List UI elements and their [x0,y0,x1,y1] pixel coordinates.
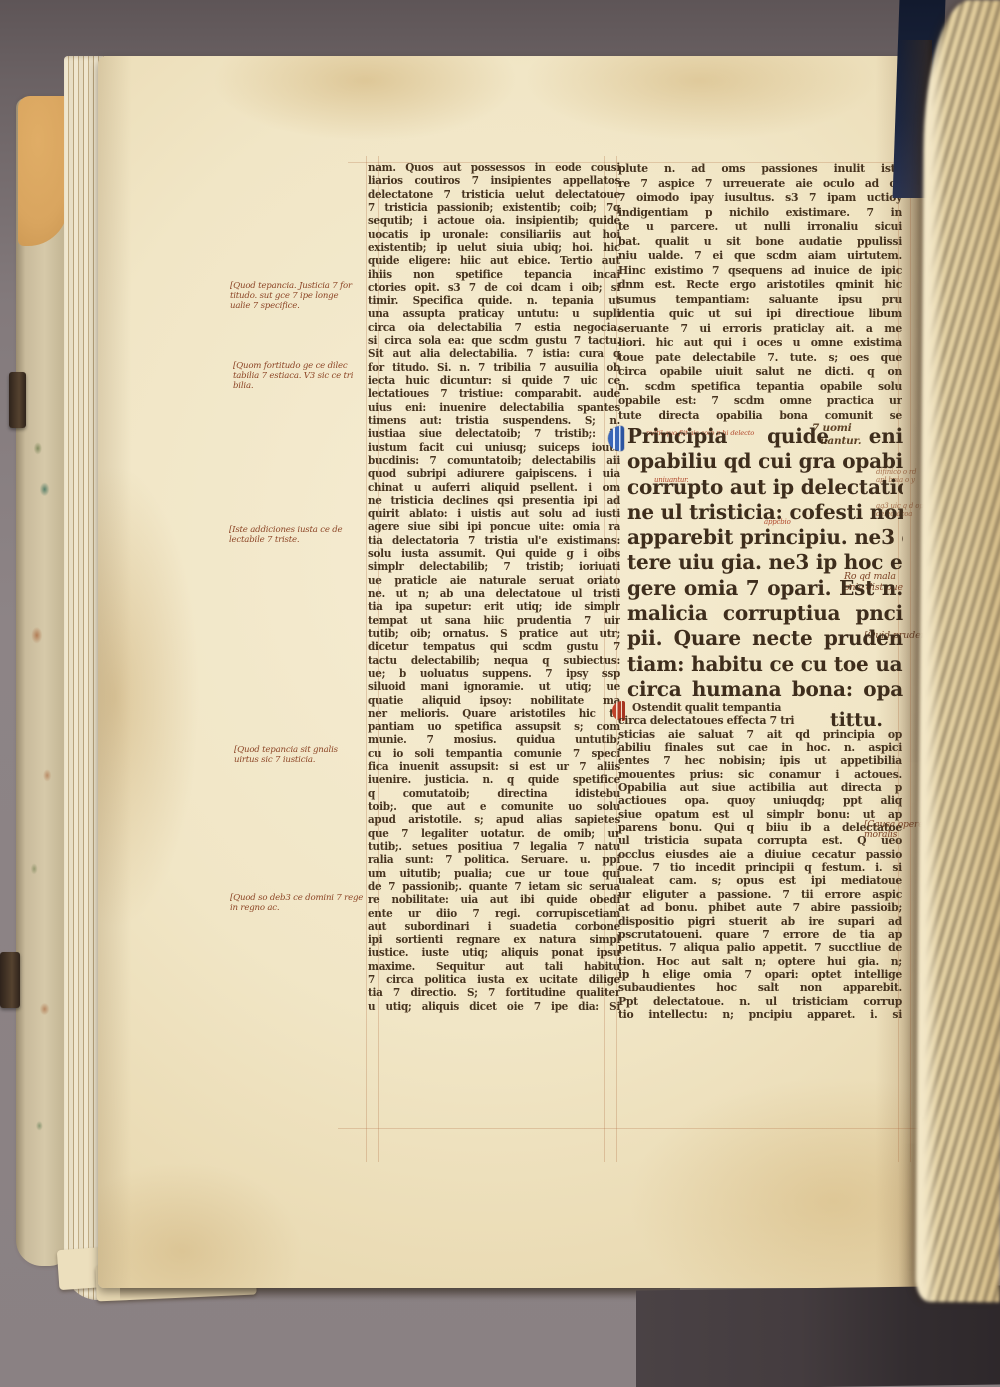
manuscript-text-line: dispositio pigri stuerit ab ire supari a… [618,914,902,928]
manuscript-text-line: uocatis ip uronale: consiliariis aut hoi [368,228,620,242]
manuscript-text-line: ue praticle aie naturale seruat oriato [368,574,620,588]
manuscript-text-line: toib;. que aut e comunite uo solu [368,801,620,815]
manuscript-text-line: iustiaa siue delectatoib; 7 tristib;: iu [368,428,620,442]
manuscript-text-line: tion. Hoc aut salt n; optere hui gia. n; [618,954,902,968]
margin-note: [Quod tepancia. Justicia 7 for titudo. s… [230,282,370,311]
manuscript-text-line: iuenire. justicia. n. q quide spetifice [368,774,620,788]
manuscript-text-line: iustice. iuste utiq; aliquis ponat ipsu [368,947,620,961]
manuscript-text-line: timens aut: tristia suspendens. S; n. [368,415,620,429]
manuscript-text-line: um uitutib; pualia; cue ur toue qui [368,867,620,881]
manuscript-text-line: pantiam uo spetifica assupsit s; com [368,721,620,735]
manuscript-text-line: abiliu finales sut cae in hoc. n. aspici [618,741,902,755]
text-column-right-bottom: Ostendit qualit tempantiacirca delectato… [618,701,902,1021]
manuscript-text-line: tutib;. setues positiua 7 legalia 7 natu [368,841,620,855]
manuscript-text-line: te u parcere. ut nulli irronaliu sicui [618,220,902,235]
manuscript-display-line: malicia corruptiua pnci [627,601,903,627]
ruling-line [338,1128,928,1129]
page-shadow [120,1286,680,1300]
manuscript-text-line: una assupta praticay untutu: u supli [368,308,620,322]
manuscript-text-line: bucdinis: 7 comuntatoib; delectabilis ai… [368,455,620,469]
manuscript-text-line: oue. 7 tio incedit principii q festum. i… [618,861,902,875]
manuscript-text-line: tia delectatoria 7 tristia ul'e existima… [368,535,620,549]
manuscript-text-line: re 7 aspice 7 urreuerate aie oculo ad os [618,176,902,191]
manuscript-text-line: tempat ut sana hiic prudentia 7 uir [368,614,620,628]
manuscript-text-line: sticias aie saluat 7 ait qd principia op [618,727,902,741]
manuscript-text-line: for titudo. Si. n. 7 tribilia 7 ausuilia… [368,361,620,375]
manuscript-text-line: tactu delectabilib; nequa q subiectus: [368,654,620,668]
photo-backdrop: [Quod tepancia. Justicia 7 for titudo. s… [0,0,1000,1387]
manuscript-text-line: liarios coutiros 7 insipientes appellato… [368,175,620,189]
manuscript-text-line: siue opatum est ul simplr bonu: ut ap [618,808,902,822]
manuscript-text-line: tia 7 directio. S; 7 fortitudine qualite… [368,987,620,1001]
manuscript-text-line: sumus tempantiam: saluante ipsu pru [618,292,902,307]
manuscript-text-line: munie. 7 mosius. quidua untutib; [368,734,620,748]
manuscript-text-line: que 7 legaliter uotatur. de omib; ur [368,827,620,841]
margin-note-line: bilia. [233,382,373,392]
manuscript-text-line: uius eni: inuenire delectabilia spantes [368,401,620,415]
manuscript-display-line: opabiliu qd cui gra opabilia [627,449,903,475]
manuscript-text-line: tia ipa supetur: erit utiq; ide simplr [368,601,620,615]
manuscript-text-line: u utiq; aliquis dicet oie 7 ipe dia: Si [368,1000,620,1014]
manuscript-text-line: simplr delectabilib; 7 tristib; ioriuati [368,561,620,575]
manuscript-text-line: dentia quic ut sui ipi directioue libum [618,307,902,322]
manuscript-text-line: q comutatoib; directina idistebu [368,787,620,801]
manuscript-text-line: chinat u auferri aliquid psellent. i om [368,481,620,495]
manuscript-page: [Quod tepancia. Justicia 7 for titudo. s… [98,56,934,1288]
manuscript-text-line: ner melioris. Quare aristotiles hic te [368,708,620,722]
manuscript-display-line: gere omia 7 opari. Est n. [627,575,903,601]
manuscript-text-line: Hinc existimo 7 qsequens ad inuice de ip… [618,263,902,278]
manuscript-text-line: liori. hic aut qui i oces u omne existim… [618,336,902,351]
feature-passage: Principia quide eniopabiliu qd cui gra o… [627,424,903,702]
manuscript-display-line: apparebit principiu. ne3 op [627,525,903,551]
manuscript-text-line: ralia sunt: 7 politica. Seruare. u. ppi [368,854,620,868]
manuscript-display-line: tiam: habitu ce cu toe ua. [627,651,903,677]
manuscript-text-line: sequtib; i actoue oia. insipientib; quid… [368,215,620,229]
manuscript-text-line: entes 7 hec nobisin; ipis ut appetibilia [618,754,902,768]
manuscript-text-line: 7 circa politica iusta ex ucitate dilige [368,974,620,988]
manuscript-text-line: dicetur tempatus qui scdm gustu 7 [368,641,620,655]
manuscript-text-line: ul tristicia supata corrupta est. Q ueo [618,834,902,848]
clasp-icon [0,952,20,1008]
manuscript-text-line: indigentiam p nichilo existimare. 7 in [618,205,902,220]
spine-parchment [16,98,68,1266]
manuscript-text-line: cu io soli tempantia comunie 7 speci [368,748,620,762]
manuscript-text-line: tute directa opabilia bona comunit se [618,408,902,423]
margin-note-line: in regno ac. [230,904,370,914]
manuscript-text-line: quide eligere: hiic aut ebice. Tertio au… [368,255,620,269]
manuscript-display-line: tere uiu gia. ne3 ip hoc eli [627,550,903,576]
manuscript-text-line: iecta huic dicuntur: si quide 7 uic ce [368,375,620,389]
manuscript-text-line: seruante 7 ui erroris praticlay ait. a m… [618,321,902,336]
manuscript-text-line: ente ur diio 7 regi. corrupiscetiam [368,907,620,921]
spine-leather-patch [18,96,68,246]
manuscript-text-line: dnm est. Recte ergo aristotiles qminit h… [618,278,902,293]
manuscript-text-line: quod subripi adiurere gaipiscens. i uia [368,468,620,482]
margin-note: [Quod so deb3 ce domini 7 rege in regno … [230,894,370,914]
manuscript-text-line: apud aristotile. s; apud alias sapietes [368,814,620,828]
manuscript-text-line: maxime. Sequitur aut tali habitu [368,961,620,975]
manuscript-text-line: ip h elige omia 7 opari: optet intellige [618,968,902,982]
manuscript-text-line: ue; b uoluatus suppens. 7 ipsy ssp [368,668,620,682]
manuscript-text-line: mouentes prius: sic conamur i actoues. [618,768,902,782]
manuscript-text-line: de 7 passionib;. quante 7 ietam sic seru… [368,881,620,895]
manuscript-text-line: tio intellectu: n; pncipiu apparet. i. s… [618,1008,902,1022]
manuscript-text-line: bat. qualit u sit bone audatie ppulissi [618,234,902,249]
manuscript-text-line: circa delectatoues effecta 7 tri [618,714,828,728]
manuscript-text-line: circa opabile uiuit salut ne dicti. q on [618,365,902,380]
manuscript-text-line: Opabilia aut siue actibilia aut directa … [618,781,902,795]
manuscript-text-line: delectatone 7 tristicia uelut delectatou… [368,188,620,202]
manuscript-text-line: lectatioues 7 tristiue: comparabit. aude [368,388,620,402]
manuscript-text-line: ihiis non spetifice tepancia incai [368,268,620,282]
manuscript-text-line: niu ualde. 7 ei que scdm aiam uirtutem. [618,249,902,264]
curled-facing-page [915,0,1000,1302]
manuscript-display-line: corrupto aut ip delectatio [627,474,903,500]
manuscript-text-line: fica inuenit assupsit: si est ur 7 aliis [368,761,620,775]
manuscript-text-line: existentib; ip uelut siuia ubiq; hoi. hi… [368,242,620,256]
manuscript-display-line: ne ul tristicia: cofesti non [627,500,903,526]
manuscript-text-line: plute n. ad oms passiones inulit ista [618,162,902,177]
manuscript-text-line: timir. Specifica quide. n. tepania ut [368,295,620,309]
manuscript-text-line: ne tristicia declines qsi presentia ipi … [368,495,620,509]
manuscript-text-line: 7 oimodo ipay iusultus. s3 7 ipam uctioy [618,191,902,206]
manuscript-text-line: opabile est: 7 scdm omne practica ur [618,394,902,409]
manuscript-text-line: circa oia delectabilia 7 estia negocia. [368,322,620,336]
manuscript-text-line: quirit ablato: i uistis aut solu ad iust… [368,508,620,522]
manuscript-text-line: Sit aut alia delectabilia. 7 istia: cura… [368,348,620,362]
margin-note-line: lectabile 7 triste. [229,536,369,546]
manuscript-text-line: ipi sortienti regnare ex natura simpl [368,934,620,948]
manuscript-text-line: agere siue sibi ipi poncue uite: omia ra [368,521,620,535]
manuscript-text-line: quatie aliquid ipsoy: nobilitate ma [368,694,620,708]
margin-note-line: uirtus sic 7 iusticia. [234,756,374,766]
manuscript-text-line: actioues opa. quoy uniuqdq; ppt aliq [618,794,902,808]
margin-note-line: ualie 7 specifice. [230,302,370,312]
margin-note: [Iste addiciones iusta ce de lectabile 7… [229,526,369,546]
manuscript-text-line: subaudientes hoc salt non apparebit. [618,981,902,995]
manuscript-text-line: siluoid mani ignoramie. ut utiq; ue [368,681,620,695]
manuscript-text-line: ctories opit. s3 7 de coi dcam i oib; si [368,282,620,296]
manuscript-text-line: 7 tristicia passionib; existentib; coib;… [368,202,620,216]
margin-note-line: tabilia 7 estiaca. V3 sic ce tri [233,372,373,382]
margin-note: [Quom fortitudo ge ce dilec tabilia 7 es… [233,362,373,391]
manuscript-text-line: solu iusta assumit. Qui quide g i oibs [368,548,620,562]
manuscript-text-line: re nobilitate: uia aut ibi quide obedi [368,894,620,908]
manuscript-text-line: ualeat cam. s; opus est ipi mediatoue [618,874,902,888]
manuscript-text-line: si circa sola ea: que scdm gustu 7 tactu… [368,335,620,349]
margin-note: [Quod tepancia sit gnalis uirtus sic 7 i… [234,746,374,766]
manuscript-text-line: ne. ut n; ab una delectatoue ul tristi [368,588,620,602]
manuscript-display-line: circa humana bona: opa [627,677,903,703]
manuscript-text-line: Ppt delectatoue. n. ul tristiciam corrup [618,994,902,1008]
manuscript-text-line: at ad bonu. phibet aute 7 abire passioib… [618,901,902,915]
manuscript-text-line: ur eliguter a passione. 7 tii errore asp… [618,888,902,902]
manuscript-text-line: Ostendit qualit tempantia [618,701,831,715]
manuscript-text-line: n. scdm spetifica tepantia opabile solu [618,379,902,394]
manuscript-display-line: Principia quide eni [627,424,903,450]
manuscript-text-line: iustum facit cui uniusq; suiceps ioute [368,441,620,455]
manuscript-text-line: parens bonu. Qui q biiu ib a delectatoe [618,821,902,835]
manuscript-text-line: toue pate delectabile 7. tute. s; oes qu… [618,350,902,365]
text-column-right-top: plute n. ad oms passiones inulit istare … [618,162,902,423]
manuscript-text-line: occlus eiusdes aie a diuiue cecatur pass… [618,848,902,862]
manuscript-text-line: nam. Quos aut possessos in eode cousi [368,162,620,176]
manuscript-text-line: tutib; oib; ornatus. S pratice aut utr; [368,628,620,642]
manuscript-text-line: pscrutatoueni. quare 7 errore de tia ap [618,928,902,942]
manuscript-display-line: pii. Quare necte pruden [627,626,903,652]
text-column-left: nam. Quos aut possessos in eode cousilia… [368,162,620,1014]
clasp-icon [9,372,26,428]
manuscript-text-line: aut subordinari i suadetia corbone [368,921,620,935]
manuscript-text-line: petitus. 7 aliqua palio appetit. 7 succt… [618,941,902,955]
